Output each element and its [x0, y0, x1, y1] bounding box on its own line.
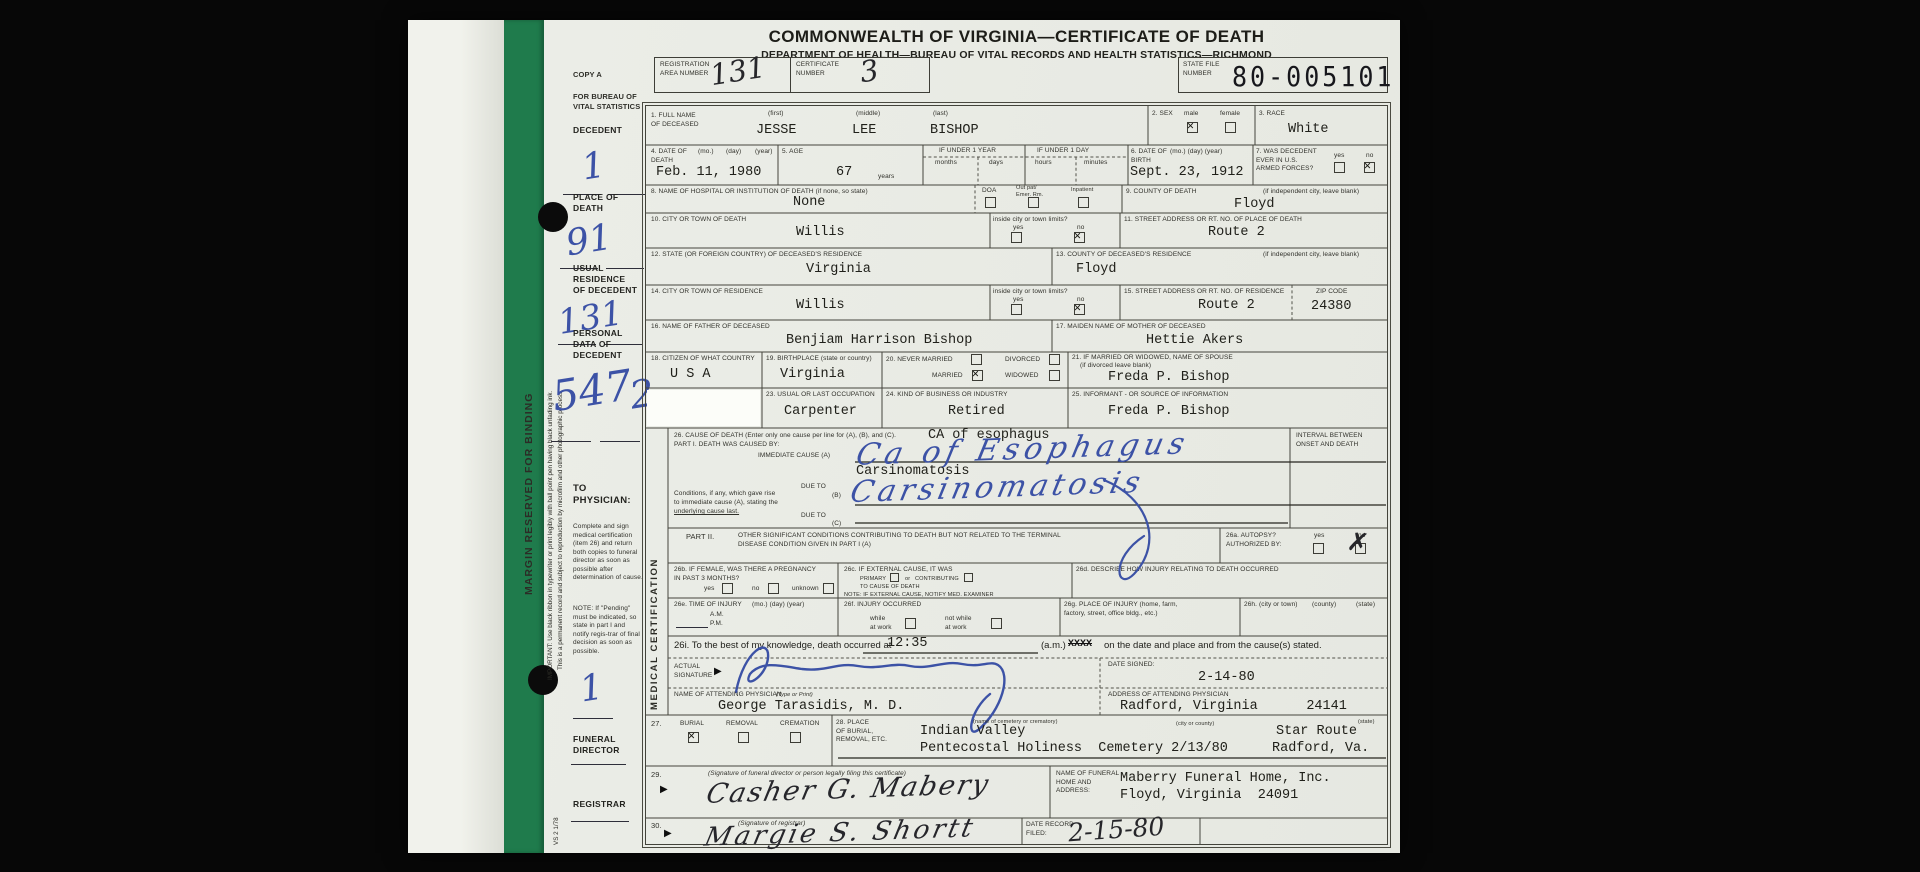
- form-code: VS 2 1/78: [553, 790, 562, 845]
- doa-checkbox: [985, 197, 996, 208]
- inpatient-option: Inpatient: [1071, 187, 1093, 194]
- hospital-label: 8. NAME OF HOSPITAL OR INSTITUTION OF DE…: [651, 188, 868, 197]
- margin-binding-label: MARGIN RESERVED FOR BINDING: [523, 255, 540, 595]
- hours-sublabel: hours: [1035, 159, 1052, 168]
- injury-occurred-label: 26f. INJURY OCCURRED: [844, 601, 921, 610]
- date-of-death-value: Feb. 11, 1980: [656, 165, 761, 181]
- item-29-number: 29.: [651, 770, 662, 780]
- margin-important-line1: IMPORTANT: Use black ribbon in typewrite…: [547, 160, 556, 680]
- while-at-work-checkbox: [905, 618, 916, 629]
- city-of-death-label: 10. CITY OR TOWN OF DEATH: [651, 216, 746, 225]
- b-sublabel: (B): [832, 492, 841, 501]
- widowed-option: WIDOWED: [1005, 372, 1039, 381]
- never-married-checkbox: [971, 354, 982, 365]
- birthplace-label: 19. BIRTHPLACE (state or country): [766, 355, 878, 364]
- mother-label: 17. MAIDEN NAME OF MOTHER OF DECEASED: [1056, 323, 1206, 332]
- cremation-checkbox: [790, 732, 801, 743]
- while-at-work-option: while at work: [870, 615, 892, 632]
- res-limits-yes-checkbox: [1011, 304, 1022, 315]
- never-married-option: 20. NEVER MARRIED: [886, 356, 953, 365]
- not-while-at-work-checkbox: [991, 618, 1002, 629]
- registrar-pointer-icon: ▶: [664, 828, 672, 839]
- death-certificate-scan: MARGIN RESERVED FOR BINDING IMPORTANT: U…: [408, 20, 1400, 853]
- item-30-number: 30.: [651, 821, 662, 831]
- sex-male-checkbox: [1187, 122, 1198, 133]
- divorced-checkbox: [1049, 354, 1060, 365]
- name-middle: LEE: [852, 123, 876, 139]
- business-label: 24. KIND OF BUSINESS OR INDUSTRY: [886, 391, 1056, 400]
- cremation-option: CREMATION: [780, 720, 819, 729]
- death-limits-no-checkbox: [1074, 232, 1085, 243]
- minutes-sublabel: minutes: [1084, 159, 1107, 168]
- first-sublabel: (first): [768, 110, 784, 119]
- name-first: JESSE: [756, 123, 797, 139]
- city-of-death-value: Willis: [796, 225, 845, 241]
- section-to-physician: TO PHYSICIAN:: [573, 483, 631, 508]
- whited-out-cell: [647, 390, 760, 426]
- medical-certification-vertical-label: MEDICAL CERTIFICATION: [649, 435, 666, 710]
- father-label: 16. NAME OF FATHER OF DECEASED: [651, 323, 770, 332]
- race-value: White: [1288, 122, 1329, 138]
- immediate-cause-label: IMMEDIATE CAUSE (A): [758, 452, 830, 461]
- res-limits-no-checkbox: [1074, 304, 1085, 315]
- injury-date-sublabels: (mo.) (day) (year): [752, 601, 804, 610]
- section-decedent: DECEDENT: [573, 125, 622, 136]
- married-checkbox: [972, 370, 983, 381]
- age-label: 5. AGE: [782, 148, 803, 157]
- time-of-injury-label: 26e. TIME OF INJURY: [674, 601, 742, 610]
- primary-option: PRIMARY: [860, 576, 886, 583]
- contributing-option: CONTRIBUTING: [915, 576, 959, 583]
- place-of-injury-label: 26g. PLACE OF INJURY (home, farm, factor…: [1064, 601, 1178, 618]
- city-county-note: (city or county): [1176, 721, 1214, 728]
- informant-label: 25. INFORMANT - OR SOURCE OF INFORMATION: [1072, 391, 1228, 400]
- number-box-divider: [790, 57, 791, 93]
- interval-label: INTERVAL BETWEEN ONSET AND DEATH: [1296, 432, 1363, 449]
- widowed-checkbox: [1049, 370, 1060, 381]
- state-residence-label: 12. STATE (OR FOREIGN COUNTRY) OF DECEAS…: [651, 251, 862, 260]
- contributing-checkbox: [964, 573, 973, 582]
- section-place-of-death: PLACE OF DEATH: [573, 192, 618, 214]
- under-1-day-label: IF UNDER 1 DAY: [1037, 147, 1089, 156]
- conditions-note-underlined: underlying cause last.: [674, 508, 739, 517]
- date-signed-label: DATE SIGNED:: [1108, 661, 1155, 670]
- under-1-year-label: IF UNDER 1 YEAR: [939, 147, 996, 156]
- day-sublabel: (day): [726, 148, 741, 157]
- citizen-value: U S A: [670, 367, 711, 383]
- informant-value: Freda P. Bishop: [1108, 404, 1230, 420]
- external-cause-note: NOTE: IF EXTERNAL CAUSE, NOTIFY MED. EXA…: [844, 592, 994, 599]
- last-sublabel: (last): [933, 110, 948, 119]
- state-file-label: STATE FILE NUMBER: [1183, 61, 1220, 78]
- funeral-home-name: Maberry Funeral Home, Inc.: [1120, 771, 1331, 787]
- autopsy-label: 26a. AUTOPSY? AUTHORIZED BY:: [1226, 532, 1282, 549]
- occupation-value: Carpenter: [784, 404, 857, 420]
- pregnancy-no-checkbox: [768, 583, 779, 594]
- burial-location-line1: Star Route: [1276, 724, 1357, 740]
- death-limits-question: inside city or town limits?: [993, 216, 1068, 225]
- race-label: 3. RACE: [1259, 110, 1285, 119]
- date-of-death-label: 4. DATE OF DEATH: [651, 148, 687, 165]
- occupation-label: 23. USUAL OR LAST OCCUPATION: [766, 391, 878, 400]
- citizen-label: 18. CITIZEN OF WHAT COUNTRY: [651, 355, 759, 364]
- pregnancy-no: no: [752, 585, 759, 594]
- attending-physician-value: George Tarasidis, M. D.: [718, 699, 904, 715]
- state-residence-value: Virginia: [806, 262, 871, 278]
- divorced-option: DIVORCED: [1005, 356, 1040, 365]
- funeral-home-label: NAME OF FUNERAL HOME AND ADDRESS:: [1056, 770, 1119, 796]
- due-to-b-label: DUE TO: [801, 483, 826, 492]
- name-last: BISHOP: [930, 123, 979, 139]
- fd-signature-pointer-icon: ▶: [660, 784, 668, 795]
- dob-sublabels: (mo.) (day) (year): [1170, 148, 1222, 157]
- removal-option: REMOVAL: [726, 720, 758, 729]
- street-residence-label: 15. STREET ADDRESS OR RT. NO. OF RESIDEN…: [1124, 288, 1284, 297]
- physician-note: Complete and sign medical certification …: [573, 523, 643, 583]
- not-while-at-work-option: not while at work: [945, 615, 972, 632]
- signature-pointer-icon: ▶: [714, 666, 722, 677]
- forces-no-checkbox: [1364, 162, 1375, 173]
- to-cause-text: TO CAUSE OF DEATH: [860, 584, 920, 591]
- hospital-value: None: [793, 195, 825, 211]
- county-of-death-label: 9. COUNTY OF DEATH: [1126, 188, 1197, 197]
- county-residence-value: Floyd: [1076, 262, 1117, 278]
- county-residence-label: 13. COUNTY OF DECEASED'S RESIDENCE: [1056, 251, 1191, 260]
- certificate-title: COMMONWEALTH OF VIRGINIA—CERTIFICATE OF …: [645, 27, 1388, 47]
- married-option: MARRIED: [932, 372, 963, 381]
- pregnancy-unknown-checkbox: [823, 583, 834, 594]
- pregnancy-yes-checkbox: [722, 583, 733, 594]
- birthplace-value: Virginia: [780, 367, 845, 383]
- doa-option: DOA: [982, 187, 996, 196]
- or-text: or: [905, 576, 910, 583]
- section-registrar: REGISTRAR: [573, 799, 626, 810]
- pregnancy-yes: yes: [704, 585, 714, 594]
- part2-text: OTHER SIGNIFICANT CONDITIONS CONTRIBUTIN…: [738, 532, 1061, 549]
- pm-struck-out: XXXX: [1068, 639, 1092, 650]
- pen-flourish: [1096, 472, 1196, 602]
- res-limits-question: inside city or town limits?: [993, 288, 1068, 297]
- removal-checkbox: [738, 732, 749, 743]
- under-page-edge: [408, 20, 504, 853]
- city-residence-label: 14. CITY OR TOWN OF RESIDENCE: [651, 288, 763, 297]
- year-sublabel: (year): [755, 148, 773, 157]
- place-of-burial-label: 28. PLACE OF BURIAL, REMOVAL, ETC.: [836, 719, 887, 745]
- injury-state-label: (state): [1356, 601, 1375, 610]
- street-of-death-label: 11. STREET ADDRESS OR RT. NO. OF PLACE O…: [1124, 216, 1302, 225]
- part2-label: PART II.: [686, 532, 714, 542]
- item-27-number: 27.: [651, 719, 662, 729]
- street-residence-value: Route 2: [1198, 298, 1255, 314]
- state-note: (state): [1358, 719, 1375, 726]
- full-name-label: 1. FULL NAME OF DECEASED: [651, 112, 699, 129]
- age-value: 67: [836, 165, 852, 181]
- age-unit: years: [878, 173, 894, 182]
- inpatient-checkbox: [1078, 197, 1089, 208]
- forces-yes-option: yes: [1334, 152, 1344, 161]
- sex-female-option: female: [1220, 110, 1240, 119]
- city-residence-value: Willis: [796, 298, 845, 314]
- pending-note: NOTE: If "Pending" must be indicated, so…: [573, 605, 643, 656]
- certify-text-post: on the date and place and from the cause…: [1104, 640, 1322, 651]
- primary-checkbox: [890, 573, 899, 582]
- pregnancy-unknown: unknown: [792, 585, 819, 594]
- bureau-label: FOR BUREAU OF VITAL STATISTICS: [573, 92, 640, 112]
- am-label: A.M.: [710, 611, 724, 620]
- date-signed-value: 2-14-80: [1198, 670, 1255, 686]
- street-of-death-value: Route 2: [1208, 225, 1265, 241]
- zip-value: 24380: [1311, 299, 1352, 315]
- margin-handwritten-1: 1: [579, 144, 608, 188]
- sex-label: 2. SEX: [1152, 110, 1173, 119]
- actual-signature-label: ACTUAL SIGNATURE: [674, 663, 712, 680]
- section-residence: USUAL RESIDENCE OF DECEDENT: [573, 263, 637, 296]
- registration-area-label: REGISTRATION AREA NUMBER: [660, 61, 709, 78]
- independent-city-note-2: (if independent city, leave blank): [1263, 251, 1359, 260]
- mo-sublabel: (mo.): [698, 148, 714, 157]
- business-value: Retired: [948, 404, 1005, 420]
- cemetery-line1: Indian Valley: [920, 724, 1025, 740]
- mother-value: Hettie Akers: [1146, 333, 1243, 349]
- pregnancy-label: 26b. IF FEMALE, WAS THERE A PREGNANCY IN…: [674, 566, 816, 583]
- middle-sublabel: (middle): [856, 110, 880, 119]
- burial-checkbox: [688, 732, 699, 743]
- county-of-death-value: Floyd: [1234, 197, 1275, 213]
- certificate-number-label: CERTIFICATE NUMBER: [796, 61, 839, 78]
- cemetery-line2: Pentecostal Holiness Cemetery 2/13/80: [920, 741, 1228, 757]
- independent-city-note: (if independent city, leave blank): [1263, 188, 1359, 197]
- funeral-home-address: Floyd, Virginia 24091: [1120, 788, 1298, 804]
- sex-female-checkbox: [1225, 122, 1236, 133]
- burial-option: BURIAL: [680, 720, 704, 729]
- outpatient-checkbox: [1028, 197, 1039, 208]
- conditions-note: Conditions, if any, which gave rise to i…: [674, 490, 778, 507]
- sex-male-option: male: [1184, 110, 1199, 119]
- margin-handwritten-1b: 1: [577, 666, 606, 710]
- physician-address-value: Radford, Virginia 24141: [1120, 699, 1347, 715]
- pm-label: P.M.: [710, 620, 723, 629]
- spouse-value: Freda P. Bishop: [1108, 370, 1230, 386]
- autopsy-yes-checkbox: [1313, 543, 1324, 554]
- autopsy-no-handwritten-x: ✗: [1345, 527, 1371, 560]
- months-sublabel: months: [935, 159, 957, 168]
- copy-label: COPY A: [573, 70, 602, 80]
- injury-city-label: 26h. (city or town): [1244, 601, 1298, 610]
- father-value: Benjiam Harrison Bishop: [786, 333, 972, 349]
- death-limits-yes-checkbox: [1011, 232, 1022, 243]
- state-file-number: 80-005101: [1232, 63, 1394, 91]
- zip-label: ZIP CODE: [1316, 288, 1347, 297]
- forces-yes-checkbox: [1334, 162, 1345, 173]
- date-of-birth-label: 6. DATE OF BIRTH: [1131, 148, 1167, 165]
- days-sublabel: days: [989, 159, 1003, 168]
- injury-county-label: (county): [1312, 601, 1336, 610]
- burial-location-line2: Radford, Va.: [1272, 741, 1369, 757]
- c-sublabel: (C): [832, 520, 841, 529]
- due-to-c-label: DUE TO: [801, 512, 826, 521]
- date-of-birth-value: Sept. 23, 1912: [1130, 165, 1243, 181]
- autopsy-yes-option: yes: [1314, 532, 1324, 541]
- section-personal-data: PERSONAL DATA OF DECEDENT: [573, 328, 623, 361]
- armed-forces-label: 7. WAS DECEDENT EVER IN U.S. ARMED FORCE…: [1256, 148, 1317, 174]
- section-funeral-director: FUNERAL DIRECTOR: [573, 734, 620, 756]
- margin-handwritten-91: 91: [563, 217, 615, 265]
